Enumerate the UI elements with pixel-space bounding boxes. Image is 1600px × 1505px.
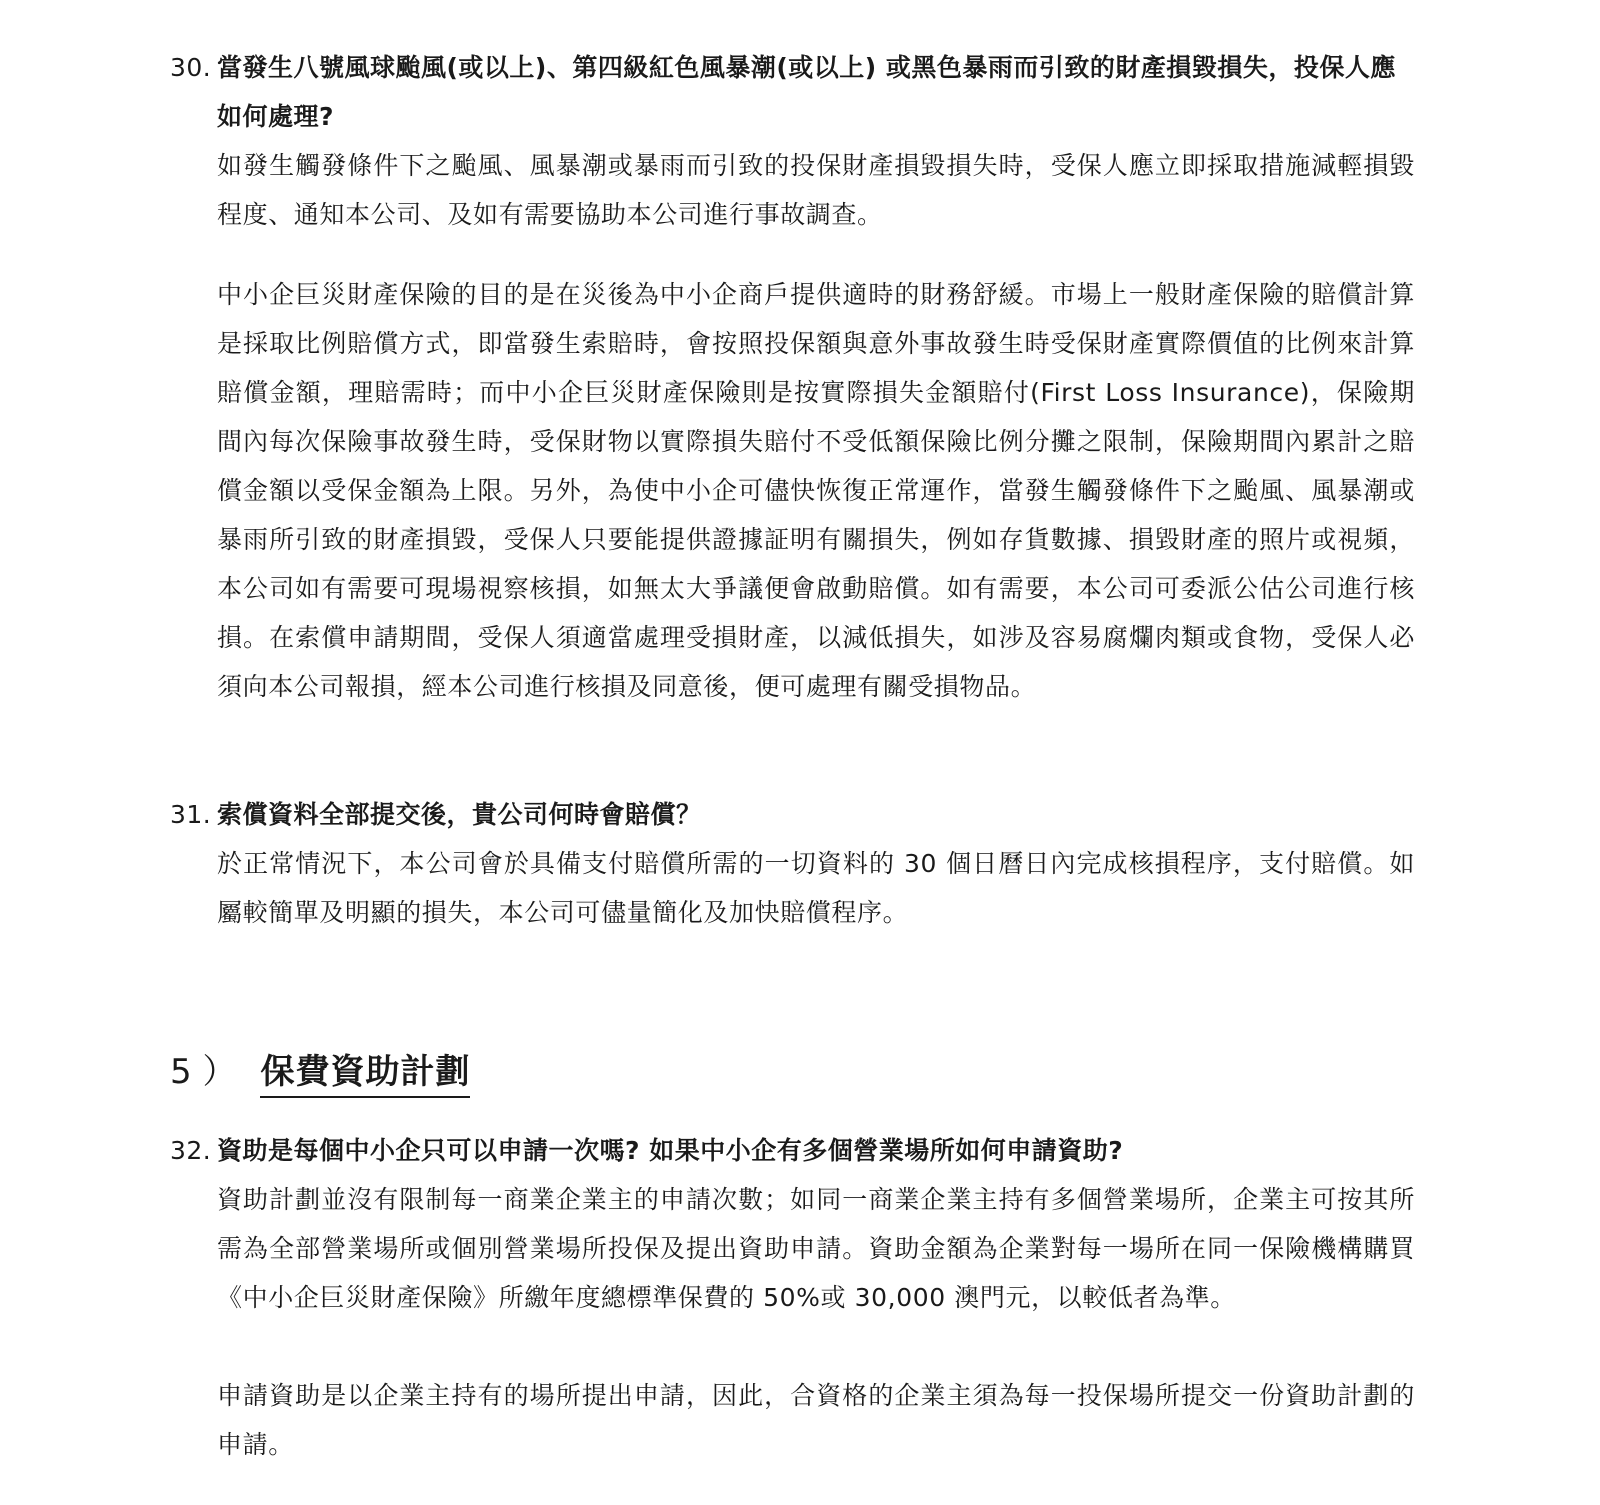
faq-answer-32-paragraph-1: 資助計劃並沒有限制每一商業企業主的申請次數；如同一商業企業主持有多個營業場所，企… <box>217 1175 1415 1322</box>
faq-question-32: 32. 資助是每個中小企只可以申請一次嗎? 如果中小企有多個營業場所如何申請資助… <box>170 1126 1415 1175</box>
question-number: 32. <box>170 1126 217 1175</box>
question-title: 當發生八號風球颱風(或以上)、第四級紅色風暴潮(或以上) 或黑色暴雨而引致的財產… <box>217 43 1415 141</box>
question-number: 31. <box>170 790 217 839</box>
faq-answer-31-paragraph-1: 於正常情況下，本公司會於具備支付賠償所需的一切資料的 30 個日曆日內完成核損程… <box>217 839 1415 937</box>
faq-question-31: 31. 索償資料全部提交後，貴公司何時會賠償？ <box>170 790 1415 839</box>
faq-answer-30-paragraph-1: 如發生觸發條件下之颱風、風暴潮或暴雨而引致的投保財產損毀損失時，受保人應立即採取… <box>217 141 1415 239</box>
section-number: 5 ） <box>170 1046 236 1098</box>
faq-answer-32-paragraph-2: 申請資助是以企業主持有的場所提出申請，因此，合資格的企業主須為每一投保場所提交一… <box>217 1371 1415 1469</box>
question-number: 30. <box>170 43 217 141</box>
section-heading-5: 5 ） 保費資助計劃 <box>170 1046 470 1098</box>
section-title: 保費資助計劃 <box>260 1050 470 1098</box>
document-page: 30. 當發生八號風球颱風(或以上)、第四級紅色風暴潮(或以上) 或黑色暴雨而引… <box>0 0 1600 1505</box>
question-title: 資助是每個中小企只可以申請一次嗎? 如果中小企有多個營業場所如何申請資助? <box>217 1126 1415 1175</box>
faq-answer-30-paragraph-2: 中小企巨災財產保險的目的是在災後為中小企商戶提供適時的財務舒緩。市場上一般財產保… <box>217 270 1415 711</box>
faq-question-30: 30. 當發生八號風球颱風(或以上)、第四級紅色風暴潮(或以上) 或黑色暴雨而引… <box>170 43 1415 141</box>
question-title: 索償資料全部提交後，貴公司何時會賠償？ <box>217 790 1415 839</box>
